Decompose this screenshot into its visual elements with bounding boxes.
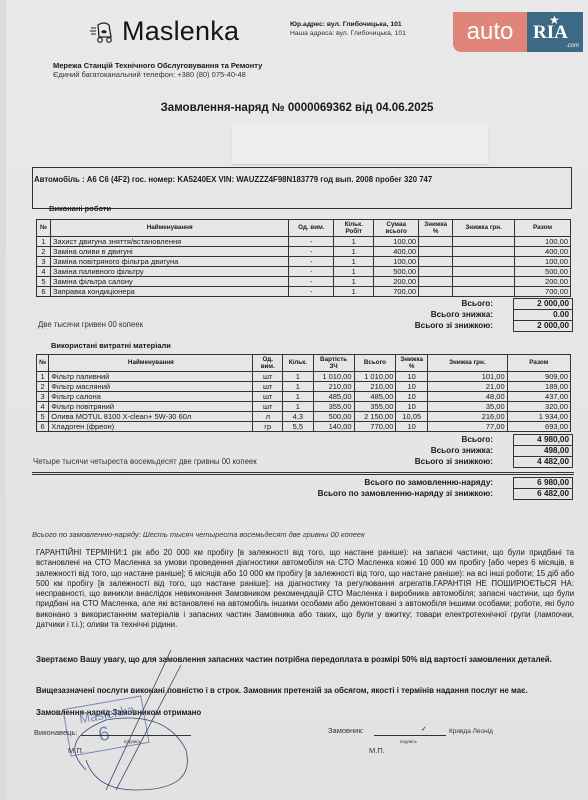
cell-disc_pct: 10 xyxy=(396,422,428,432)
cell-disc_pct: 10 xyxy=(396,392,428,402)
cell-total: 320,00 xyxy=(507,402,570,412)
cell-price: 355,00 xyxy=(313,402,354,412)
oil-drop-cart-icon xyxy=(90,20,116,44)
cell-qty: 1 xyxy=(283,382,314,392)
column-header: Знижка % xyxy=(396,355,428,372)
covering-paper xyxy=(232,124,488,164)
works-total-in-words: Две тысячи гривен 00 копеек xyxy=(38,320,143,329)
column-header: № xyxy=(37,220,51,237)
cell-sum: 2 150,00 xyxy=(354,412,396,422)
column-header: Знижка грн. xyxy=(428,355,508,372)
cell-disc_pct: 10 xyxy=(396,402,428,412)
cell-qty: 1 xyxy=(334,247,374,257)
table-row: 5Заміна фільтра салону-1200,00200,00 xyxy=(37,277,571,287)
cell-unit: - xyxy=(289,237,334,247)
cell-name: Фільтр салона xyxy=(49,392,253,402)
cell-n: 3 xyxy=(37,392,49,402)
cell-n: 1 xyxy=(37,237,51,247)
cell-n: 1 xyxy=(37,372,49,382)
checkmark-icon: ✓ xyxy=(421,725,427,733)
total-label: Всього: xyxy=(461,435,493,444)
table-row: 4Заміна паливного фільтру-1500,00500,00 xyxy=(37,267,571,277)
cell-unit: шт xyxy=(253,392,283,402)
cell-total: 693,00 xyxy=(507,422,570,432)
cell-qty: 1 xyxy=(283,392,314,402)
table-row: 1Захист двигуна зняття/встановлення-1100… xyxy=(37,237,571,247)
cell-price: 500,00 xyxy=(313,412,354,422)
cell-total: 400,00 xyxy=(515,247,571,257)
cell-sum: 100,00 xyxy=(374,237,419,247)
table-row: 3Заміна повітряного фільтра двигуна-1100… xyxy=(37,257,571,267)
table-row: 2Заміна оливи в двигуні-1400,00400,00 xyxy=(37,247,571,257)
vehicle-info: Автомобіль : A6 C6 (4F2) гос. номер: KA5… xyxy=(34,175,432,184)
customer-signature-line xyxy=(374,735,446,736)
column-header: Разом xyxy=(507,355,570,372)
customer-signature-caption: подпись xyxy=(400,739,417,744)
table-row: 6Хладоген (фреон)гр5,5140,00770,001077,0… xyxy=(37,422,571,432)
column-header: Знижка % xyxy=(419,220,453,237)
watermark-auto: auto xyxy=(453,12,527,52)
materials-total-in-words: Четыре тысячи четыреста восемьдесят две … xyxy=(33,457,257,466)
cell-name: Олива MOTUL 8100 X-clean+ 5W-30 60л xyxy=(49,412,253,422)
cell-unit: - xyxy=(289,247,334,257)
cell-disc_pct xyxy=(419,257,453,267)
cell-price: 140,00 xyxy=(313,422,354,432)
cell-n: 5 xyxy=(37,277,51,287)
cell-unit: гр xyxy=(253,422,283,432)
cell-name: Заміна фільтра салону xyxy=(50,277,288,287)
divider-line xyxy=(32,472,574,475)
phone-line: Єдиний багатоканальний телефон: +380 (80… xyxy=(53,70,246,79)
cell-qty: 1 xyxy=(334,267,374,277)
total-label: Всього по замовленню-наряду зі знижкою: xyxy=(318,489,493,498)
cell-qty: 5,5 xyxy=(283,422,314,432)
cell-unit: - xyxy=(289,257,334,267)
cell-name: Хладоген (фреон) xyxy=(49,422,253,432)
cell-name: Заміна повітряного фільтра двигуна xyxy=(50,257,288,267)
cell-n: 4 xyxy=(37,402,49,412)
total-value: 6 482,00 xyxy=(513,488,573,500)
cell-disc_pct xyxy=(419,277,453,287)
cell-n: 5 xyxy=(37,412,49,422)
cell-disc_pct: 10 xyxy=(396,382,428,392)
customer-name: Кривда Леонід xyxy=(449,728,493,735)
cell-sum: 100,00 xyxy=(374,257,419,267)
warranty-terms: ГАРАНТІЙНІ ТЕРМІНИ:1 рік або 20 000 км п… xyxy=(36,548,574,630)
cell-unit: л xyxy=(253,412,283,422)
document-title: Замовлення-наряд № 0000069362 від 04.06.… xyxy=(6,102,588,114)
watermark-ria: ★ RIA .com xyxy=(527,12,583,52)
cell-disc_uah xyxy=(453,257,515,267)
materials-section-title: Використані витратні матеріали xyxy=(51,341,171,350)
cell-total: 500,00 xyxy=(515,267,571,277)
cell-qty: 4,3 xyxy=(283,412,314,422)
customer-seal: М.П. xyxy=(369,746,385,755)
cell-qty: 1 xyxy=(283,372,314,382)
cell-disc_uah: 216,00 xyxy=(428,412,508,422)
network-tagline: Мережа Станцій Технічного Обслуговування… xyxy=(53,61,262,70)
cell-total: 909,00 xyxy=(507,372,570,382)
autoria-watermark: auto ★ RIA .com xyxy=(453,12,583,52)
cell-disc_pct xyxy=(419,247,453,257)
cell-n: 6 xyxy=(37,287,51,297)
work-order-document: Maslenka Мережа Станцій Технічного Обслу… xyxy=(6,0,588,800)
cell-qty: 1 xyxy=(334,277,374,287)
cell-sum: 770,00 xyxy=(354,422,396,432)
brand-logo: Maslenka xyxy=(90,16,239,47)
total-label: Всього: xyxy=(461,299,493,308)
cell-name: Заправка кондиціонера xyxy=(50,287,288,297)
cell-n: 3 xyxy=(37,257,51,267)
cell-sum: 210,00 xyxy=(354,382,396,392)
cell-qty: 1 xyxy=(283,402,314,412)
cell-unit: - xyxy=(289,267,334,277)
cell-disc_uah: 48,00 xyxy=(428,392,508,402)
column-header: Од. вим. xyxy=(253,355,283,372)
cell-disc_uah xyxy=(453,267,515,277)
cell-unit: шт xyxy=(253,372,283,382)
table-row: 2Фільтр маслянийшт1210,00210,001021,0018… xyxy=(37,382,571,392)
cell-price: 210,00 xyxy=(313,382,354,392)
cell-total: 189,00 xyxy=(507,382,570,392)
cell-name: Заміна оливи в двигуні xyxy=(50,247,288,257)
cell-n: 2 xyxy=(37,382,49,392)
cell-sum: 200,00 xyxy=(374,277,419,287)
cell-n: 4 xyxy=(37,267,51,277)
total-label: Всього зі знижкою: xyxy=(415,457,493,466)
column-header: Найменування xyxy=(50,220,288,237)
cell-name: Заміна паливного фільтру xyxy=(50,267,288,277)
grand-total-in-words: Всього по замовленню-наряду: Шесть тысяч… xyxy=(32,530,365,539)
cell-unit: - xyxy=(289,287,334,297)
cell-name: Фільтр масляний xyxy=(49,382,253,392)
column-header: Кільк. xyxy=(283,355,314,372)
handwritten-signature xyxy=(46,640,196,800)
cell-price: 1 010,00 xyxy=(313,372,354,382)
cell-sum: 700,00 xyxy=(374,287,419,297)
column-header: Сумаа всього xyxy=(374,220,419,237)
works-section-title: Виконані роботи xyxy=(49,204,111,213)
legal-address: Юр.адрес: вул. Глибочицька, 101 xyxy=(290,21,402,28)
table-row: 1Фільтр паливнийшт11 010,001 010,0010101… xyxy=(37,372,571,382)
cell-total: 700,00 xyxy=(515,287,571,297)
total-label: Всього по замовленню-наряду: xyxy=(364,478,493,487)
cell-unit: шт xyxy=(253,382,283,392)
cell-total: 200,00 xyxy=(515,277,571,287)
column-header: Всього xyxy=(354,355,396,372)
column-header: Разом xyxy=(515,220,571,237)
cell-sum: 1 010,00 xyxy=(354,372,396,382)
cell-disc_uah: 35,00 xyxy=(428,402,508,412)
cell-total: 1 934,00 xyxy=(507,412,570,422)
column-header: Знижка грн. xyxy=(453,220,515,237)
cell-sum: 400,00 xyxy=(374,247,419,257)
table-row: 3Фільтр салонашт1485,00485,001048,00437,… xyxy=(37,392,571,402)
cell-name: Фільтр паливний xyxy=(49,372,253,382)
cell-total: 100,00 xyxy=(515,237,571,247)
cell-disc_pct xyxy=(419,267,453,277)
column-header: Од. вим. xyxy=(289,220,334,237)
cell-name: Захист двигуна зняття/встановлення xyxy=(50,237,288,247)
cell-disc_uah: 101,00 xyxy=(428,372,508,382)
cell-unit: - xyxy=(289,277,334,287)
cell-sum: 485,00 xyxy=(354,392,396,402)
cell-qty: 1 xyxy=(334,287,374,297)
total-value: 2 000,00 xyxy=(513,320,573,332)
total-value: 4 482,00 xyxy=(513,456,573,468)
cell-disc_pct xyxy=(419,237,453,247)
works-table: №НайменуванняОд. вим.Кільк. РобітСумаа в… xyxy=(36,219,571,297)
column-header: Найменування xyxy=(49,355,253,372)
cell-disc_uah xyxy=(453,287,515,297)
cell-qty: 1 xyxy=(334,257,374,267)
cell-n: 2 xyxy=(37,247,51,257)
column-header: Вартість ЗЧ xyxy=(313,355,354,372)
cell-disc_pct: 10,05 xyxy=(396,412,428,422)
cell-total: 100,00 xyxy=(515,257,571,267)
total-label: Всього знижка: xyxy=(431,446,493,455)
table-row: 6Заправка кондиціонера-1700,00700,00 xyxy=(37,287,571,297)
cell-n: 6 xyxy=(37,422,49,432)
vehicle-box xyxy=(32,167,572,209)
total-label: Всього зі знижкою: xyxy=(415,321,493,330)
cell-sum: 500,00 xyxy=(374,267,419,277)
cell-disc_uah xyxy=(453,237,515,247)
cell-name: Фільтр повітряний xyxy=(49,402,253,412)
cell-disc_pct xyxy=(419,287,453,297)
cell-disc_uah: 77,00 xyxy=(428,422,508,432)
cell-qty: 1 xyxy=(334,237,374,247)
cell-unit: шт xyxy=(253,402,283,412)
cell-price: 485,00 xyxy=(313,392,354,402)
cell-total: 437,00 xyxy=(507,392,570,402)
cell-disc_uah xyxy=(453,247,515,257)
brand-name: Maslenka xyxy=(122,16,239,47)
materials-table: №НайменуванняОд. вим.Кільк.Вартість ЗЧВс… xyxy=(36,354,571,432)
cell-disc_pct: 10 xyxy=(396,372,428,382)
column-header: № xyxy=(37,355,49,372)
cell-disc_uah xyxy=(453,277,515,287)
our-address: Наша адреса: вул. Глибочицька, 101 xyxy=(290,30,406,37)
cell-sum: 355,00 xyxy=(354,402,396,412)
customer-label: Замовник: xyxy=(328,726,364,735)
table-row: 4Фільтр повітрянийшт1355,00355,001035,00… xyxy=(37,402,571,412)
table-row: 5Олива MOTUL 8100 X-clean+ 5W-30 60лл4,3… xyxy=(37,412,571,422)
cell-disc_uah: 21,00 xyxy=(428,382,508,392)
total-label: Всього знижка: xyxy=(431,310,493,319)
column-header: Кільк. Робіт xyxy=(334,220,374,237)
